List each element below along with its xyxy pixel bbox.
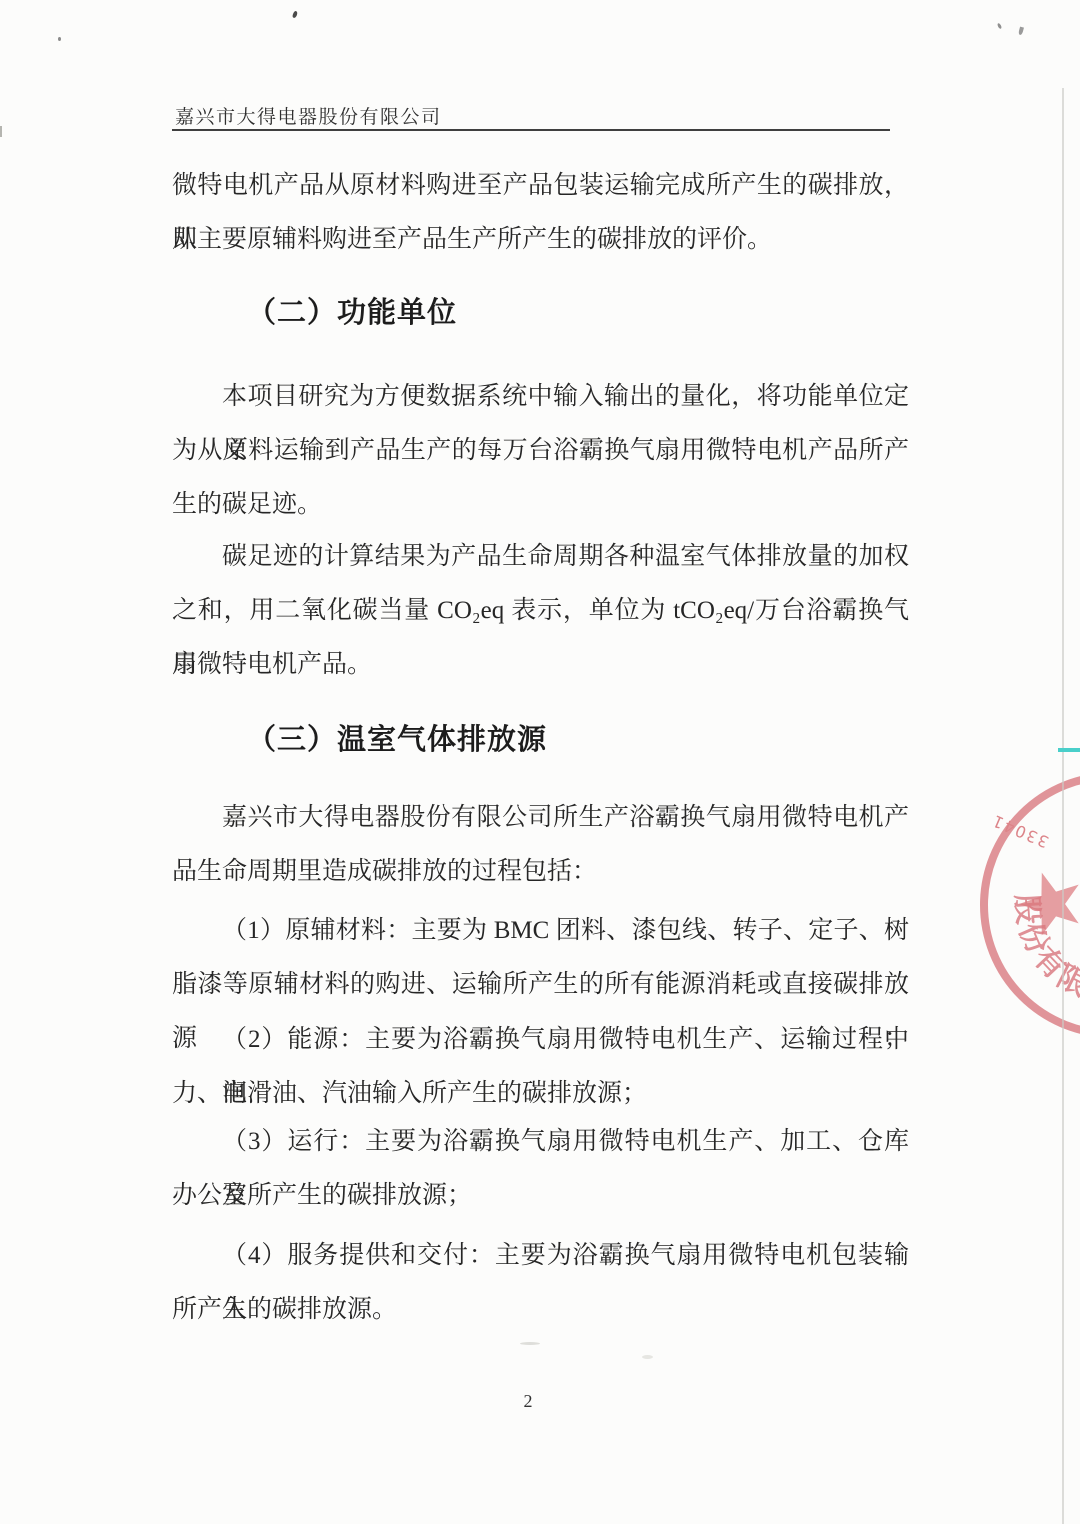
list-item: （3）运行：主要为浴霸换气扇用微特电机生产、加工、仓库及 办公室所产生的碳排放源… [172,1115,909,1223]
text-line: 所产生的碳排放源。 [172,1283,909,1337]
scan-speck [0,126,2,137]
scan-speck [520,1342,540,1345]
section-heading-2: （二）功能单位 [247,286,457,340]
list-item: （1）原辅材料：主要为 BMC 团料、漆包线、转子、定子、树 脂漆等原辅材料的购… [172,904,909,1012]
text-line: 微特电机产品从原材料购进至产品包装运输完成所产生的碳排放，即 [172,159,909,213]
text-line: （2）能源：主要为浴霸换气扇用微特电机生产、运输过程中电 [172,1013,909,1067]
list-item: （2）能源：主要为浴霸换气扇用微特电机生产、运输过程中电 力、润滑油、汽油输入所… [172,1013,909,1121]
header-rule [172,129,890,131]
paragraph: 微特电机产品从原材料购进至产品包装运输完成所产生的碳排放，即 从主要原辅料购进至… [172,159,909,267]
text-line: 本项目研究为方便数据系统中输入输出的量化，将功能单位定义 [172,370,909,424]
text-line: 为从原料运输到产品生产的每万台浴霸换气扇用微特电机产品所产 [172,424,909,478]
text-line: 之和，用二氧化碳当量 CO₂eq 表示，单位为 tCO₂eq/万台浴霸换气扇 [172,584,909,638]
text-line: （1）原辅材料：主要为 BMC 团料、漆包线、转子、定子、树 [172,904,909,958]
scan-speck [58,37,61,41]
text-line: 力、润滑油、汽油输入所产生的碳排放源； [172,1067,909,1121]
paragraph: 本项目研究为方便数据系统中输入输出的量化，将功能单位定义 为从原料运输到产品生产… [172,370,909,532]
text-line: 从主要原辅料购进至产品生产所产生的碳排放的评价。 [172,213,909,267]
list-item: （4）服务提供和交付：主要为浴霸换气扇用微特电机包装输入 所产生的碳排放源。 [172,1229,909,1337]
text-line: 用微特电机产品。 [172,638,909,692]
text-line: （3）运行：主要为浴霸换气扇用微特电机生产、加工、仓库及 [172,1115,909,1169]
text-line: 脂漆等原辅材料的购进、运输所产生的所有能源消耗或直接碳排放源； [172,958,909,1012]
scan-speck [642,1355,653,1359]
section-heading-3: （三）温室气体排放源 [247,713,547,767]
text-line: 办公室所产生的碳排放源； [172,1169,909,1223]
text-line: 碳足迹的计算结果为产品生命周期各种温室气体排放量的加权 [172,530,909,584]
scan-speck [292,10,299,18]
seal-ring-text: 股份有限公 [950,760,1080,1004]
svg-text:股份有限公: 股份有限公 [950,760,1080,1004]
paragraph: 嘉兴市大得电器股份有限公司所生产浴霸换气扇用微特电机产 品生命周期里造成碳排放的… [172,791,909,899]
text-line: 嘉兴市大得电器股份有限公司所生产浴霸换气扇用微特电机产 [172,791,909,845]
page-number: 2 [512,1391,544,1412]
scan-highlight-mark [1058,748,1080,752]
scan-speck [997,23,1002,30]
text-line: 品生命周期里造成碳排放的过程包括： [172,845,909,899]
company-header: 嘉兴市大得电器股份有限公司 [175,102,442,129]
scan-speck [1018,27,1024,36]
document-page: 嘉兴市大得电器股份有限公司 微特电机产品从原材料购进至产品包装运输完成所产生的碳… [0,0,1080,1524]
text-line: 生的碳足迹。 [172,478,909,532]
paragraph: 碳足迹的计算结果为产品生命周期各种温室气体排放量的加权 之和，用二氧化碳当量 C… [172,530,909,692]
text-line: （4）服务提供和交付：主要为浴霸换气扇用微特电机包装输入 [172,1229,909,1283]
company-seal: 33041 股份有限公 [950,760,1080,1060]
scan-edge-line [1062,88,1064,1524]
